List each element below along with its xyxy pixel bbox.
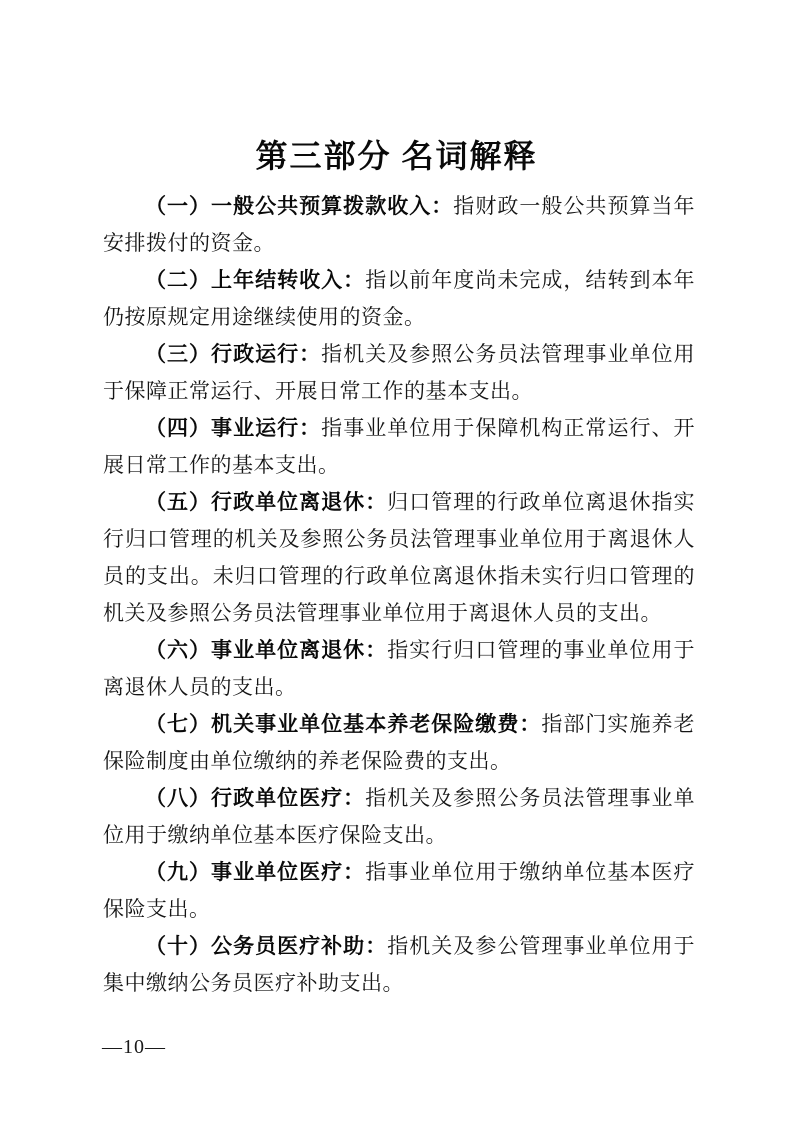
glossary-item-2: （二）上年结转收入：指以前年度尚未完成，结转到本年仍按原规定用途继续使用的资金。 [103,262,695,336]
glossary-term: （六）事业单位离退休： [145,638,387,662]
glossary-item-7: （七）机关事业单位基本养老保险缴费：指部门实施养老保险制度由单位缴纳的养老保险费… [103,706,695,780]
glossary-term: （十）公务员医疗补助： [145,934,387,958]
glossary-item-1: （一）一般公共预算拨款收入：指财政一般公共预算当年安排拨付的资金。 [103,188,695,262]
document-title: 第三部分 名词解释 [0,131,793,177]
glossary-term: （二）上年结转收入： [145,268,365,292]
glossary-term: （八）行政单位医疗： [145,786,365,810]
page-number: —10— [102,1036,166,1059]
glossary-list: （一）一般公共预算拨款收入：指财政一般公共预算当年安排拨付的资金。 （二）上年结… [103,188,695,1002]
glossary-term: （四）事业运行： [145,416,321,440]
glossary-item-5: （五）行政单位离退休：归口管理的行政单位离退休指实行归口管理的机关及参照公务员法… [103,484,695,632]
glossary-item-10: （十）公务员医疗补助：指机关及参公管理事业单位用于集中缴纳公务员医疗补助支出。 [103,928,695,1002]
glossary-item-8: （八）行政单位医疗：指机关及参照公务员法管理事业单位用于缴纳单位基本医疗保险支出… [103,780,695,854]
glossary-term: （一）一般公共预算拨款收入： [145,194,453,218]
document-page: 第三部分 名词解释 （一）一般公共预算拨款收入：指财政一般公共预算当年安排拨付的… [0,0,793,1122]
glossary-term: （三）行政运行： [145,342,321,366]
glossary-term: （五）行政单位离退休： [145,490,387,514]
glossary-item-6: （六）事业单位离退休：指实行归口管理的事业单位用于离退休人员的支出。 [103,632,695,706]
glossary-item-3: （三）行政运行：指机关及参照公务员法管理事业单位用于保障正常运行、开展日常工作的… [103,336,695,410]
glossary-item-9: （九）事业单位医疗：指事业单位用于缴纳单位基本医疗保险支出。 [103,854,695,928]
glossary-item-4: （四）事业运行：指事业单位用于保障机构正常运行、开展日常工作的基本支出。 [103,410,695,484]
glossary-term: （九）事业单位医疗： [145,860,365,884]
glossary-term: （七）机关事业单位基本养老保险缴费： [145,712,541,736]
